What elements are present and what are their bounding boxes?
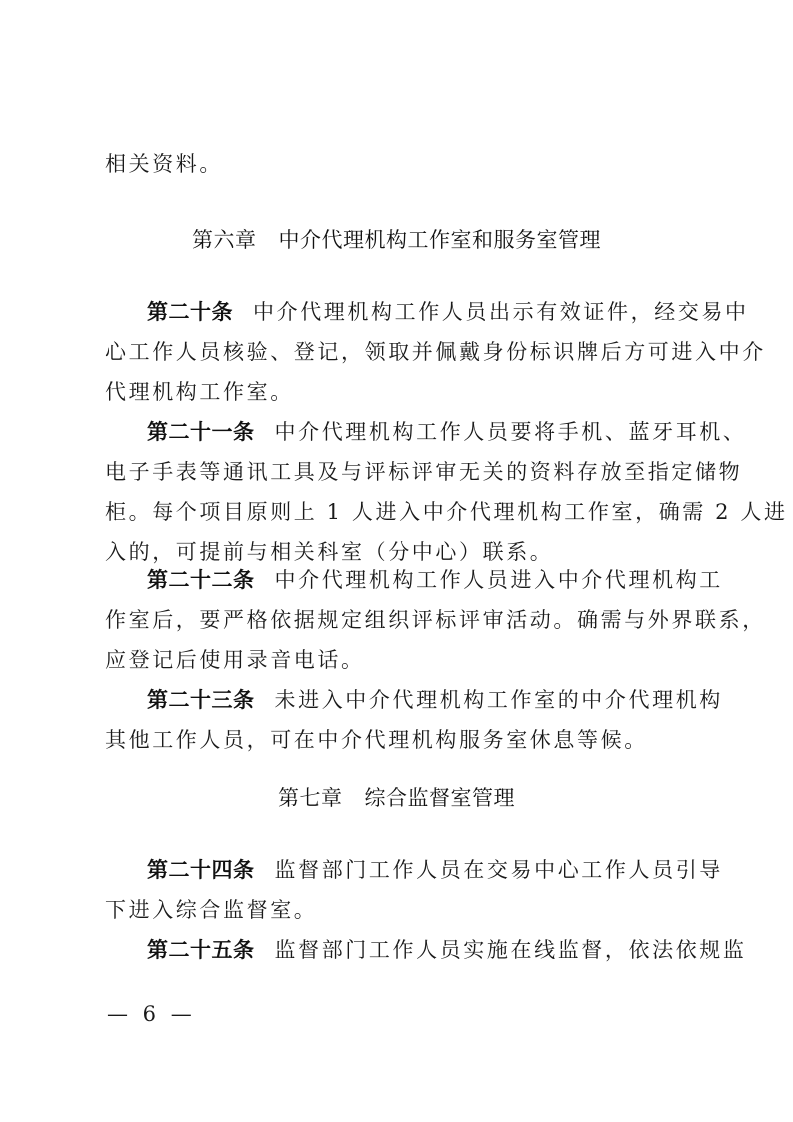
continuation-text: 相关资料。 [105, 150, 695, 178]
article-24-first-line: 第二十四条监督部门工作人员在交易中心工作人员引导 [147, 856, 695, 884]
article-label: 第二十条 [147, 300, 233, 324]
article-22-line: 作室后，要严格依据规定组织评标评审活动。确需与外界联系， [105, 606, 695, 634]
article-21-line: 电子手表等通讯工具及与评标评审无关的资料存放至指定储物 [105, 458, 695, 486]
article-23-first-line: 第二十三条未进入中介代理机构工作室的中介代理机构 [147, 686, 695, 714]
article-21-line: 柜。每个项目原则上 1 人进入中介代理机构工作室，确需 2 人进 [105, 498, 695, 526]
chapter-label: 第七章 [278, 786, 343, 810]
article-label: 第二十二条 [147, 568, 255, 592]
article-22-line: 应登记后使用录音电话。 [105, 646, 695, 674]
chapter-label: 第六章 [192, 228, 257, 252]
chapter-title: 综合监督室管理 [365, 786, 516, 810]
article-label: 第二十四条 [147, 858, 255, 882]
article-22-first-line: 第二十二条中介代理机构工作人员进入中介代理机构工 [147, 566, 695, 594]
page-number: — 6 — [107, 1000, 196, 1028]
article-label: 第二十三条 [147, 688, 255, 712]
chapter-heading-6: 第六章中介代理机构工作室和服务室管理 [0, 226, 793, 254]
article-25-first-line: 第二十五条监督部门工作人员实施在线监督，依法依规监 [147, 936, 695, 964]
chapter-heading-7: 第七章综合监督室管理 [0, 784, 793, 812]
article-20-line: 心工作人员核验、登记，领取并佩戴身份标识牌后方可进入中介 [105, 338, 695, 366]
article-label: 第二十一条 [147, 420, 255, 444]
article-label: 第二十五条 [147, 938, 255, 962]
article-20-line: 代理机构工作室。 [105, 378, 695, 406]
chapter-title: 中介代理机构工作室和服务室管理 [279, 228, 602, 252]
article-24-line: 下进入综合监督室。 [105, 896, 695, 924]
article-20-first-line: 第二十条中介代理机构工作人员出示有效证件，经交易中 [147, 298, 695, 326]
article-23-line: 其他工作人员，可在中介代理机构服务室休息等候。 [105, 726, 695, 754]
article-21-first-line: 第二十一条中介代理机构工作人员要将手机、蓝牙耳机、 [147, 418, 695, 446]
article-21-line: 入的，可提前与相关科室（分中心）联系。 [105, 538, 695, 566]
